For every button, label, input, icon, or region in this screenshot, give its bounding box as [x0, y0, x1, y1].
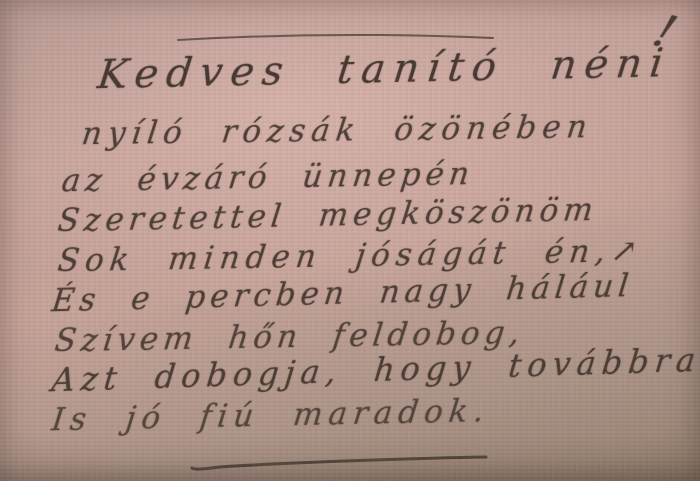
- poem-line-1: nyíló rózsák özönében: [80, 109, 595, 152]
- photo-of-handwritten-note: Kedves tanító néni ! nyíló rózsák özönéb…: [0, 0, 700, 481]
- poem-line-3: Szeretettel megköszönöm: [56, 192, 600, 239]
- top-rule: [178, 35, 493, 40]
- bottom-rule: [192, 457, 486, 469]
- exclamation-mark: !: [646, 4, 684, 59]
- poem-line-2: az évzáró ünnepén: [60, 156, 476, 199]
- poem-line-8: Is jó fiú maradok.: [50, 393, 492, 438]
- heading-line: Kedves tanító néni: [95, 40, 673, 98]
